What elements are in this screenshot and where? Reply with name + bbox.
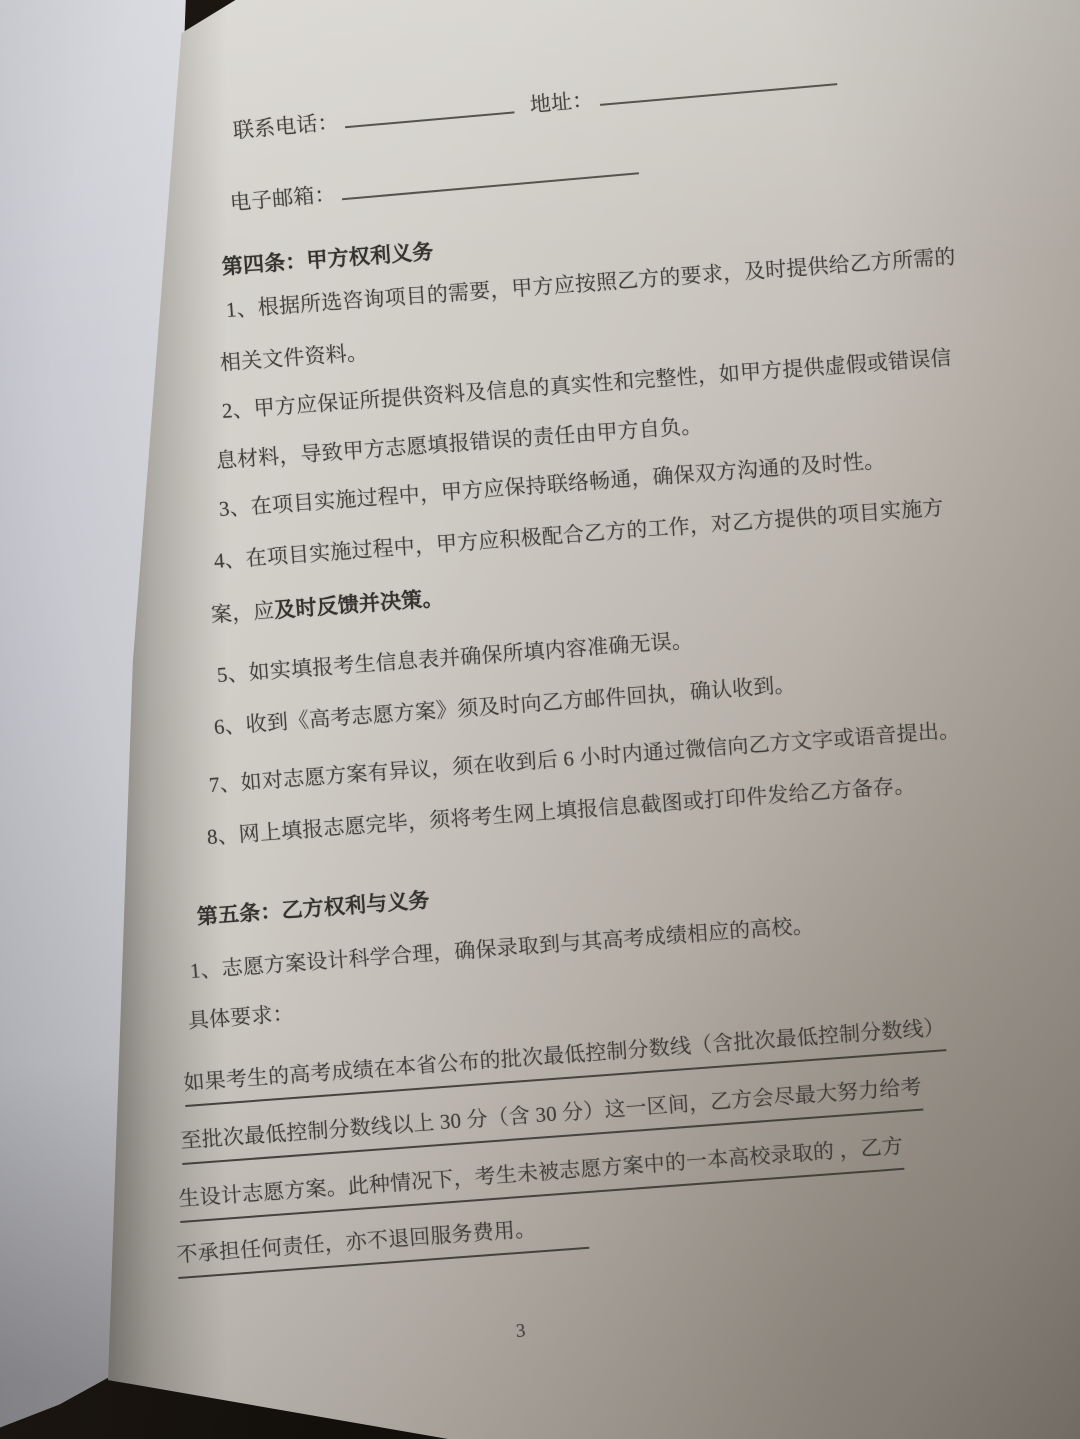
article4-heading: 第四条：甲方权利义务 (221, 237, 435, 283)
photo-of-contract-page: 联系电话：地址： 电子邮箱： 第四条：甲方权利义务 1、根据所选咨询项目的需要，… (0, 0, 1080, 1439)
underlined-clause-line: 不承担任何责任，亦不退回服务费用。 (176, 1210, 590, 1280)
address-field-blank (598, 63, 837, 106)
field-spacer (515, 112, 531, 113)
requirements-label: 具体要求： (187, 998, 295, 1036)
page-number: 3 (515, 1317, 527, 1345)
email-field-label: 电子邮箱： (229, 182, 337, 215)
underlined-clause-text: 不承担任何责任，亦不退回服务费用。 (176, 1210, 590, 1280)
phone-field-label: 联系电话： (232, 110, 340, 143)
contract-line: 5、如实填报考生信息表并确保所填内容准确无误。 (216, 625, 694, 690)
contract-line-with-bold: 案，应及时反馈并决策。 (210, 583, 445, 630)
article5-heading: 第五条：乙方权利与义务 (196, 885, 431, 932)
contract-line: 相关文件资料。 (219, 337, 369, 378)
email-field-blank (340, 152, 639, 200)
address-field-label: 地址： (529, 88, 594, 117)
contract-line-bold-text: 及时反馈并决策。 (274, 586, 445, 622)
contact-fields-row: 联系电话：地址： (232, 63, 838, 146)
contract-line-text: 案，应 (210, 598, 275, 627)
email-field-row: 电子邮箱： (229, 152, 640, 218)
phone-field-blank (343, 92, 514, 129)
